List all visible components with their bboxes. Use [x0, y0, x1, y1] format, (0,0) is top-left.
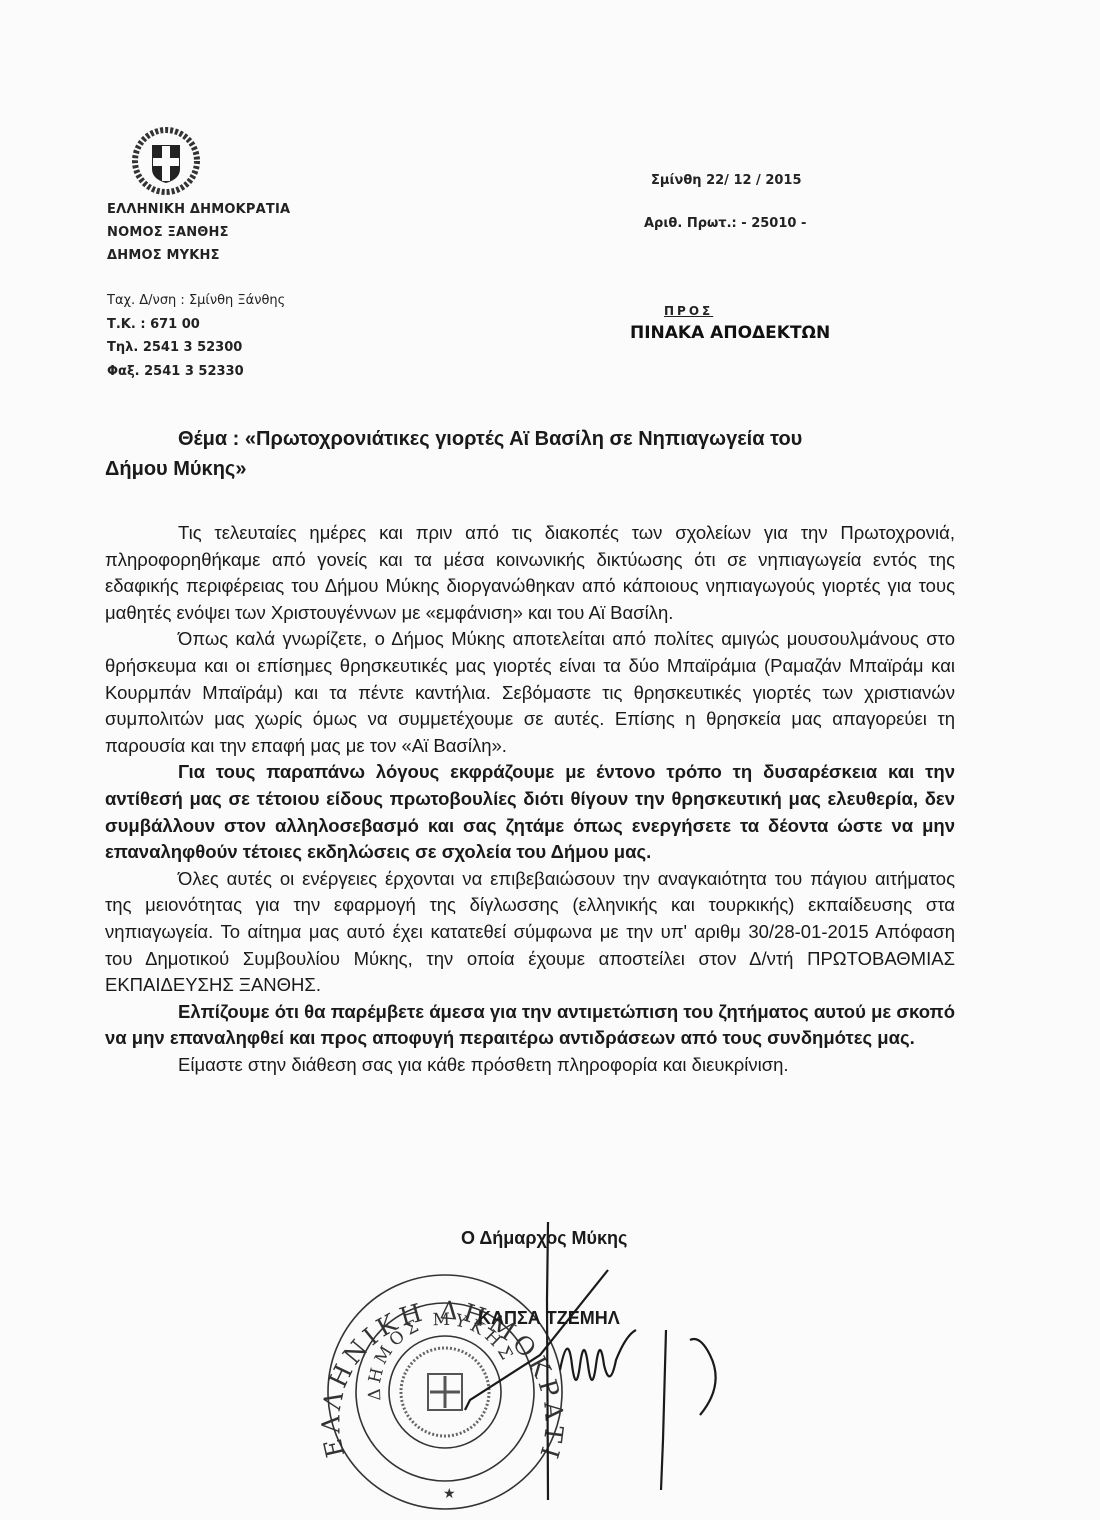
stamp-coat-of-arms-icon	[428, 1374, 462, 1410]
official-stamp: ΕΛΛΗΝΙΚΗ ΔΗΜΟΚΡΑΤΙΑ ΔΗΜΟΣ ΜΥΚΗΣ ★	[0, 0, 1100, 1520]
stamp-outer-text: ΕΛΛΗΝΙΚΗ ΔΗΜΟΚΡΑΤΙΑ	[0, 0, 569, 1465]
stamp-star-icon: ★	[443, 1485, 456, 1501]
signatory-name: ΚΑΠΣΑ ΤΖΕΜΗΛ	[478, 1308, 620, 1329]
